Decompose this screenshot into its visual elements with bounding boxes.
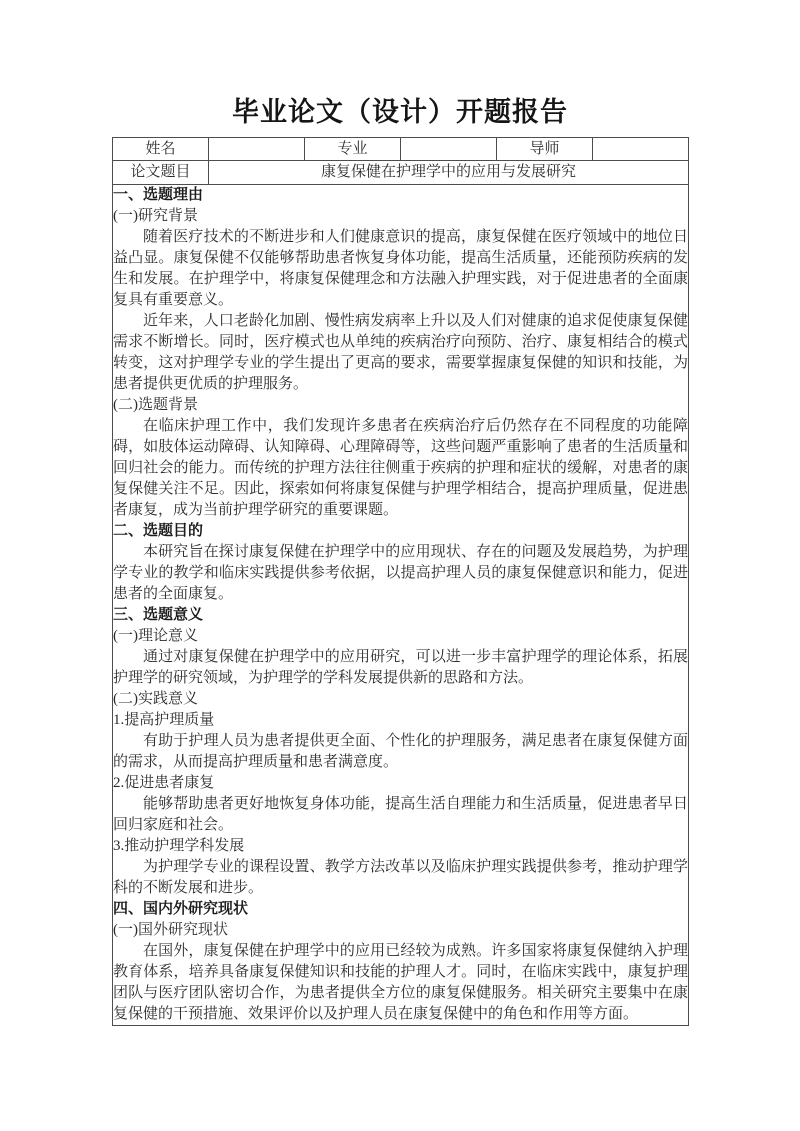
body-block-paragraph: 在国外，康复保健在护理学中的应用已经较为成熟。许多国家将康复保健纳入护理教育体系… <box>113 941 688 1025</box>
thesis-title-row: 论文题目 康复保健在护理学中的应用与发展研究 <box>113 161 689 185</box>
body-block-subheading: (一)理论意义 <box>113 626 688 647</box>
report-body-row: 一、选题理由(一)研究背景随着医疗技术的不断进步和人们健康意识的提高，康复保健在… <box>113 185 689 1026</box>
body-block-subheading: (一)国外研究现状 <box>113 920 688 941</box>
body-block-subheading: (二)实践意义 <box>113 689 688 710</box>
body-block-numbered: 3.推动护理学科发展 <box>113 836 688 857</box>
body-blocks: 一、选题理由(一)研究背景随着医疗技术的不断进步和人们健康意识的提高，康复保健在… <box>113 185 688 1025</box>
body-block-heading: 四、国内外研究现状 <box>113 899 688 920</box>
body-block-heading: 二、选题目的 <box>113 521 688 542</box>
body-block-paragraph: 近年来，人口老龄化加剧、慢性病发病率上升以及人们对健康的追求促使康复保健需求不断… <box>113 311 688 395</box>
name-value-cell <box>209 138 305 161</box>
body-block-paragraph: 通过对康复保健在护理学中的应用研究，可以进一步丰富护理学的理论体系，拓展护理学的… <box>113 647 688 689</box>
body-block-subheading: (一)研究背景 <box>113 206 688 227</box>
advisor-label: 导师 <box>497 138 593 161</box>
body-block-heading: 三、选题意义 <box>113 605 688 626</box>
body-block-numbered: 2.促进患者康复 <box>113 773 688 794</box>
major-value-cell <box>401 138 497 161</box>
body-block-paragraph: 有助于护理人员为患者提供更全面、个性化的护理服务，满足患者在康复保健方面的需求，… <box>113 731 688 773</box>
major-label: 专业 <box>305 138 401 161</box>
report-table: 姓名 专业 导师 论文题目 康复保健在护理学中的应用与发展研究 一、选题理由(一… <box>112 137 689 1026</box>
document-page: 毕业论文（设计）开题报告 姓名 专业 导师 论文题目 康复保健在护理学中的应用与… <box>0 0 800 1131</box>
body-block-numbered: 1.提高护理质量 <box>113 710 688 731</box>
document-title: 毕业论文（设计）开题报告 <box>0 94 800 130</box>
name-label: 姓名 <box>113 138 209 161</box>
body-block-paragraph: 能够帮助患者更好地恢复身体功能，提高生活自理能力和生活质量，促进患者早日回归家庭… <box>113 794 688 836</box>
body-block-paragraph: 随着医疗技术的不断进步和人们健康意识的提高，康复保健在医疗领域中的地位日益凸显。… <box>113 227 688 311</box>
thesis-title-label: 论文题目 <box>113 161 209 185</box>
info-row: 姓名 专业 导师 <box>113 138 689 161</box>
body-block-subheading: (二)选题背景 <box>113 395 688 416</box>
body-block-paragraph: 为护理学专业的课程设置、教学方法改革以及临床护理实践提供参考，推动护理学科的不断… <box>113 857 688 899</box>
body-block-paragraph: 在临床护理工作中，我们发现许多患者在疾病治疗后仍然存在不同程度的功能障碍，如肢体… <box>113 416 688 521</box>
thesis-title-value: 康复保健在护理学中的应用与发展研究 <box>209 161 689 185</box>
report-body-cell: 一、选题理由(一)研究背景随着医疗技术的不断进步和人们健康意识的提高，康复保健在… <box>113 185 689 1026</box>
body-block-heading: 一、选题理由 <box>113 185 688 206</box>
body-block-paragraph: 本研究旨在探讨康复保健在护理学中的应用现状、存在的问题及发展趋势，为护理学专业的… <box>113 542 688 605</box>
advisor-value-cell <box>593 138 689 161</box>
